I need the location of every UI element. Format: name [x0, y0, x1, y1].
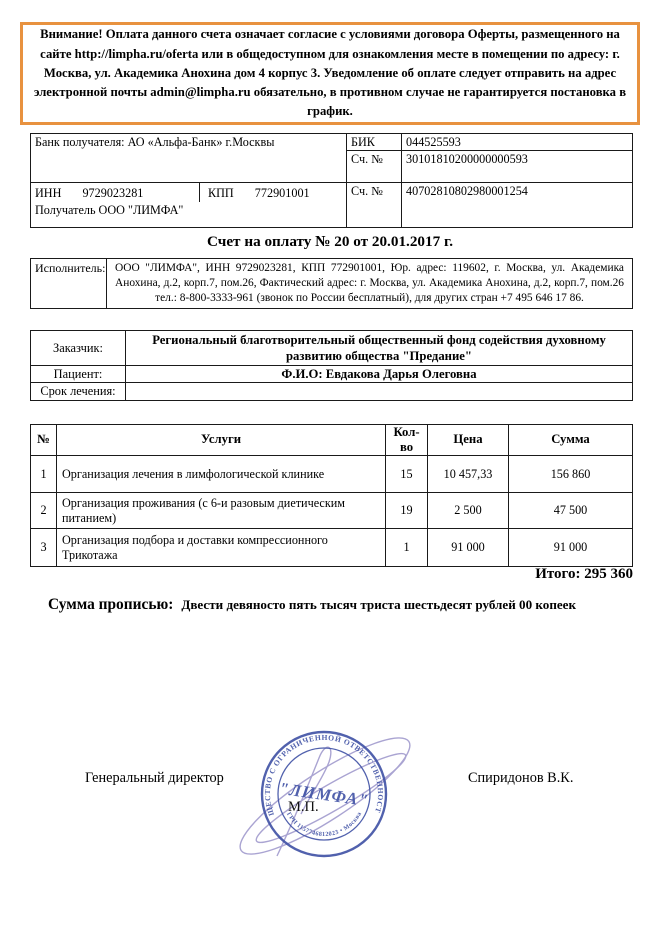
- inn-kpp-row: ИНН 9729023281 КПП 772901001: [31, 183, 346, 202]
- bank-details-table: Банк получателя: АО «Альфа-Банк» г.Москв…: [30, 133, 633, 228]
- stamp-svg: ОБЩЕСТВО С ОГРАНИЧЕННОЙ ОТВЕТСТВЕННОСТЬЮ…: [215, 718, 445, 868]
- inn-value: 9729023281: [82, 184, 143, 202]
- stamp-place-label: М.П.: [288, 799, 319, 816]
- kpp-label: КПП: [208, 186, 234, 200]
- executor-details: ООО "ЛИМФА", ИНН 9729023281, КПП 7729010…: [107, 259, 632, 308]
- service-name: Организация проживания (с 6-и разовым ди…: [57, 493, 386, 529]
- services-header-num: №: [31, 425, 57, 456]
- settlement-account-label: Сч. №: [347, 183, 402, 227]
- service-qty: 19: [386, 493, 428, 529]
- company-stamp: ОБЩЕСТВО С ОГРАНИЧЕННОЙ ОТВЕТСТВЕННОСТЬЮ…: [215, 718, 445, 868]
- services-header-qty: Кол-во: [386, 425, 428, 456]
- service-name: Организация подбора и доставки компресси…: [57, 529, 386, 566]
- service-sum: 91 000: [509, 529, 632, 566]
- bik-value: 044525593: [402, 134, 632, 151]
- service-price: 91 000: [428, 529, 509, 566]
- service-qty: 15: [386, 456, 428, 493]
- service-num: 1: [31, 456, 57, 493]
- recipient-name: Получатель ООО "ЛИМФА": [31, 202, 346, 218]
- service-qty: 1: [386, 529, 428, 566]
- invoice-title: Счет на оплату № 20 от 20.01.2017 г.: [0, 233, 660, 251]
- services-header-price: Цена: [428, 425, 509, 456]
- patient-value: Ф.И.О: Евдакова Дарья Олеговна: [126, 366, 632, 383]
- services-header-sum: Сумма: [509, 425, 632, 456]
- services-table: № Услуги Кол-во Цена Сумма 1 Организация…: [30, 424, 633, 567]
- services-header-service: Услуги: [57, 425, 386, 456]
- service-price: 2 500: [428, 493, 509, 529]
- inn-label: ИНН: [35, 186, 61, 200]
- amount-in-words-label: Сумма прописью:: [48, 596, 173, 613]
- offer-warning-box: Внимание! Оплата данного счета означает …: [20, 22, 640, 125]
- amount-in-words-value: Двести девяносто пять тысяч триста шесть…: [181, 597, 576, 612]
- corr-account-label: Сч. №: [347, 151, 402, 183]
- executor-label: Исполнитель:: [31, 259, 107, 308]
- service-name: Организация лечения в лимфологической кл…: [57, 456, 386, 493]
- inn-cell: ИНН 9729023281: [31, 183, 200, 202]
- kpp-cell: КПП 772901001: [200, 183, 346, 202]
- service-sum: 156 860: [509, 456, 632, 493]
- total-value: 295 360: [584, 566, 633, 582]
- service-sum: 47 500: [509, 493, 632, 529]
- kpp-value: 772901001: [255, 184, 310, 202]
- corr-account-value: 30101810200000000593: [402, 151, 632, 183]
- inn-kpp-recipient-cell: ИНН 9729023281 КПП 772901001 Получатель …: [31, 183, 347, 227]
- treatment-period-value: [126, 383, 632, 400]
- customer-value: Региональный благотворительный обществен…: [126, 331, 632, 366]
- patient-label: Пациент:: [31, 366, 126, 383]
- service-num: 2: [31, 493, 57, 529]
- recipient-bank-cell: Банк получателя: АО «Альфа-Банк» г.Москв…: [31, 134, 347, 183]
- amount-in-words: Сумма прописью: Двести девяносто пять ты…: [48, 596, 576, 614]
- stamp-graphic: ОБЩЕСТВО С ОГРАНИЧЕННОЙ ОТВЕТСТВЕННОСТЬЮ…: [215, 718, 386, 856]
- director-title: Генеральный директор: [85, 770, 224, 787]
- total-amount: Итого: 295 360: [535, 566, 633, 583]
- bik-label: БИК: [347, 134, 402, 151]
- service-num: 3: [31, 529, 57, 566]
- offer-warning-text: Внимание! Оплата данного счета означает …: [33, 25, 627, 121]
- settlement-account-value: 40702810802980001254: [402, 183, 632, 227]
- director-name: Спиридонов В.К.: [468, 770, 573, 787]
- customer-table: Заказчик: Региональный благотворительный…: [30, 330, 633, 401]
- service-price: 10 457,33: [428, 456, 509, 493]
- treatment-period-label: Срок лечения:: [31, 383, 126, 400]
- customer-label: Заказчик:: [31, 331, 126, 366]
- total-label: Итого:: [535, 566, 580, 582]
- executor-table: Исполнитель: ООО "ЛИМФА", ИНН 9729023281…: [30, 258, 633, 309]
